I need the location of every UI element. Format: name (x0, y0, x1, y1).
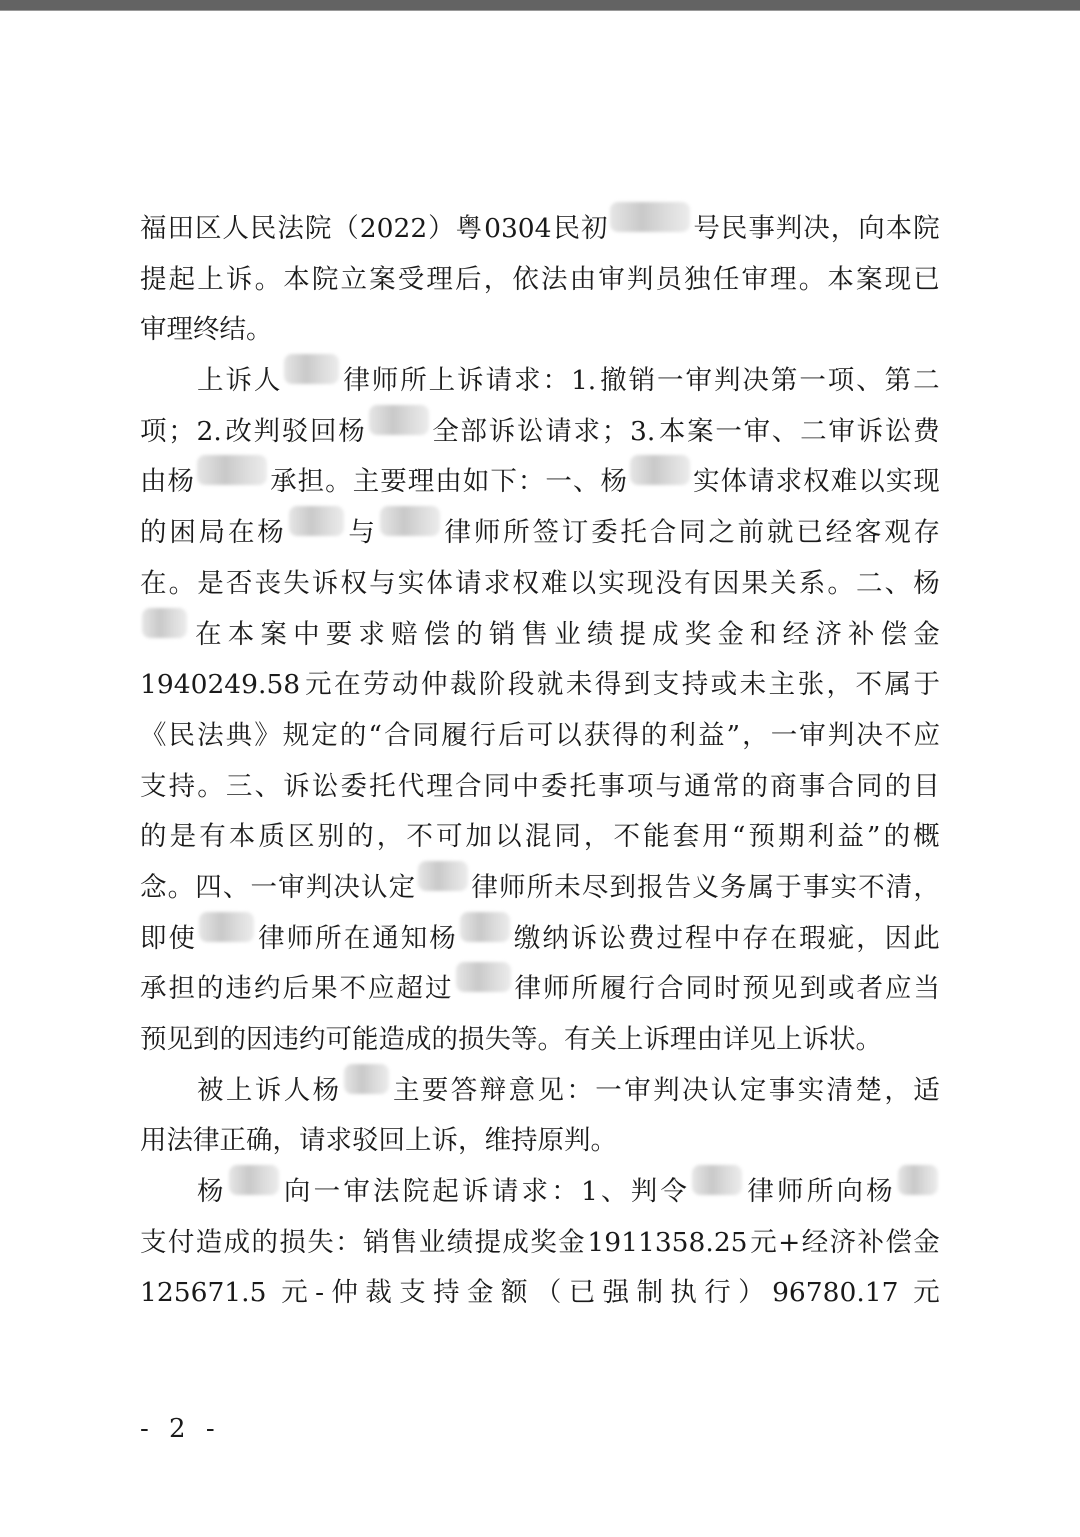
text-segment: 撤 (600, 356, 627, 407)
text-segment: 通 (684, 762, 711, 813)
text-segment: 后 (498, 711, 525, 762)
text-segment: 强 (603, 1268, 630, 1319)
text-segment: 现 (627, 559, 654, 610)
text-segment: 事 (748, 204, 775, 255)
text-segment: 师 (287, 914, 314, 965)
text-segment: 于 (775, 863, 802, 914)
text-segment: 此 (913, 914, 940, 965)
text-segment: 求 (776, 457, 803, 508)
text-segment: 通 (372, 914, 399, 965)
text-segment: 二 (800, 407, 827, 458)
text-segment: 套 (673, 812, 700, 863)
text-segment: ； (168, 407, 195, 458)
text-segment: 理 (426, 762, 453, 813)
text-segment: 经 (783, 610, 810, 661)
text-line: 预见到的因违约可能造成的损失等。有关上诉理由详见上诉状。 (140, 1015, 940, 1066)
text-segment: 应 (368, 964, 395, 1015)
text-segment: 实 (398, 559, 425, 610)
text-segment: + (778, 1218, 800, 1269)
text-segment: 已 (569, 1268, 596, 1319)
text-segment: 辩 (480, 1066, 507, 1117)
text-line: 支付造成的损失：销售业绩提成奖金 1911358.25 元+经济补偿金 (140, 1218, 940, 1269)
text-segment: 益 (698, 711, 725, 762)
text-segment: 实 (798, 1066, 825, 1117)
text-segment: 人 (222, 204, 249, 255)
text-segment: ） (738, 1268, 765, 1319)
text-segment: 求 (358, 610, 385, 661)
text-segment: 0304 (484, 204, 551, 255)
redacted-name (456, 962, 511, 992)
text-segment: 请 (486, 356, 513, 407)
text-segment: 不 (856, 660, 883, 711)
text-segment: 商 (770, 762, 797, 813)
text-segment: 判 (627, 255, 654, 306)
text-segment: 能 (643, 812, 670, 863)
text-segment: 部 (461, 407, 488, 458)
text-segment: 请 (455, 559, 482, 610)
text-segment: 业 (554, 610, 581, 661)
text-segment: 一 (251, 863, 278, 914)
text-segment: 支 (140, 762, 167, 813)
text-segment: 系 (799, 559, 826, 610)
text-segment: 以 (570, 559, 597, 610)
text-segment: 有 (684, 559, 711, 610)
text-segment: 就 (767, 508, 794, 559)
text-segment: 不 (340, 964, 367, 1015)
text-line: 被上诉人杨主要答辩意见：一审判决认定事实清楚，适 (140, 1066, 940, 1117)
redacted-name (460, 912, 510, 942)
text-segment: 济 (830, 1218, 857, 1269)
text-segment: 没 (656, 559, 683, 610)
text-segment: “ (368, 711, 382, 762)
text-segment: 用法律正确，请求驳回上诉，维持原判。 (140, 1116, 617, 1167)
text-segment: 难 (541, 559, 568, 610)
text-segment: 判 (776, 204, 803, 255)
text-segment: 第 (885, 356, 912, 407)
text-segment: 四 (195, 863, 222, 914)
text-segment: 见 (771, 964, 798, 1015)
text-segment: 典 (226, 711, 253, 762)
text-segment: 。 (799, 255, 826, 306)
redacted-name (610, 202, 690, 232)
text-segment: 意 (509, 1066, 536, 1117)
text-segment: 理 (408, 457, 435, 508)
text-segment: 判 (306, 863, 333, 914)
text-segment: 持 (682, 660, 709, 711)
text-segment: 利 (669, 711, 696, 762)
text-segment: 成 (224, 1218, 251, 1269)
text-segment: 同 (484, 762, 511, 813)
text-segment: 委 (541, 762, 568, 813)
text-segment: 者 (857, 964, 884, 1015)
text-segment: 讼 (517, 407, 544, 458)
text-segment: （ (332, 204, 359, 255)
text-segment: 民 (250, 204, 277, 255)
text-segment: 号 (693, 204, 720, 255)
text-segment: 济 (815, 610, 842, 661)
text-segment: 二 (913, 356, 940, 407)
text-segment: 本 (229, 812, 256, 863)
text-segment: 所 (315, 914, 342, 965)
text-segment: 律 (258, 914, 285, 965)
text-segment: 规 (283, 711, 310, 762)
text-segment: 独 (684, 255, 711, 306)
text-segment: 审 (598, 255, 625, 306)
text-segment: 金 (467, 1268, 494, 1319)
text-segment: 客 (855, 508, 882, 559)
text-segment: 96780.17 (772, 1268, 898, 1319)
text-segment: 讼 (312, 762, 339, 813)
text-segment: 一 (545, 457, 572, 508)
text-segment: ： (542, 356, 569, 407)
text-segment: 律 (343, 356, 370, 407)
text-segment: 行 (704, 1268, 731, 1319)
text-segment: 师 (777, 1167, 804, 1218)
text-segment: 诉 (312, 559, 339, 610)
text-segment: 后 (455, 255, 482, 306)
text-segment: 元 (750, 1218, 777, 1269)
text-segment: 请 (748, 457, 775, 508)
text-segment: 托 (620, 508, 647, 559)
text-segment: 审 (343, 1167, 370, 1218)
text-segment: 中 (293, 610, 320, 661)
text-segment: 区 (195, 204, 222, 255)
text-segment: 委 (591, 508, 618, 559)
text-segment: 和 (750, 610, 777, 661)
text-segment: 案 (260, 610, 287, 661)
text-segment: 求 (574, 407, 601, 458)
text-segment: 诉 (571, 914, 598, 965)
text-segment: 目 (913, 762, 940, 813)
text-segment: 2. (197, 407, 222, 458)
text-segment: 本 (886, 204, 913, 255)
text-segment: 主 (393, 1066, 420, 1117)
text-segment: 师 (499, 863, 526, 914)
text-segment: 的 (197, 964, 224, 1015)
text-segment: 同 (686, 964, 713, 1015)
text-segment: 上 (226, 1066, 253, 1117)
text-line: 念。四、一审判决认定律师所未尽到报告义务属于事实不清， (140, 863, 940, 914)
text-segment: 本 (283, 255, 310, 306)
text-segment: 难 (831, 457, 858, 508)
text-segment: （ (535, 1268, 562, 1319)
text-segment: 审 (686, 356, 713, 407)
text-segment: 张 (798, 660, 825, 711)
text-segment: 存 (914, 508, 941, 559)
text-segment: 令 (660, 1167, 687, 1218)
text-segment: 应 (913, 711, 940, 762)
text-segment: 偿 (885, 1218, 912, 1269)
text-segment: 可 (527, 711, 554, 762)
text-segment: 代 (398, 762, 425, 813)
text-segment: 请 (492, 1167, 519, 1218)
document-page: 福田区人民法院（2022）粤 0304 民初号民事判决，向本院提起上诉。本院立案… (140, 204, 940, 1319)
text-segment: 约 (254, 964, 281, 1015)
redacted-name (380, 506, 440, 536)
text-segment: 销 (489, 610, 516, 661)
text-segment: 程 (685, 914, 712, 965)
text-segment: 杨 (913, 559, 940, 610)
text-segment: 一 (715, 407, 742, 458)
text-segment: 纳 (542, 914, 569, 965)
text-segment: 承 (270, 457, 297, 508)
text-segment: 失 (283, 559, 310, 610)
text-segment: 法 (541, 255, 568, 306)
text-segment: 的 (885, 762, 912, 813)
redacted-name (369, 405, 429, 435)
text-segment: 起 (169, 255, 196, 306)
text-segment: 念 (140, 863, 167, 914)
text-segment: ， (377, 812, 404, 863)
text-segment: 依 (512, 255, 539, 306)
text-segment: 任 (713, 255, 740, 306)
text-segment: 金 (717, 610, 744, 661)
text-segment: 售 (391, 1218, 418, 1269)
page-number: - 2 - (140, 1414, 221, 1444)
text-segment: 合 (657, 964, 684, 1015)
text-segment: 果 (311, 964, 338, 1015)
text-segment: 务 (720, 863, 747, 914)
text-segment: 仲 (331, 1268, 358, 1319)
text-segment: 本 (228, 610, 255, 661)
text-segment: 民 (169, 711, 196, 762)
text-segment: 院 (312, 255, 339, 306)
text-segment: 诉 (226, 255, 253, 306)
text-segment: 法 (197, 711, 224, 762)
text-segment: 清 (827, 1066, 854, 1117)
text-segment: 委 (340, 762, 367, 813)
text-segment: ， (584, 812, 611, 863)
text-segment: 与 (369, 559, 396, 610)
text-segment: 奖 (685, 610, 712, 661)
text-segment: 销 (629, 356, 656, 407)
text-segment: 案 (369, 255, 396, 306)
text-segment: 合 (455, 762, 482, 813)
text-segment: ， (831, 204, 858, 255)
text-segment: ， (827, 660, 854, 711)
text-segment: 、 (573, 457, 600, 508)
text-segment: 的 (347, 812, 374, 863)
text-segment: 告 (665, 863, 692, 914)
text-line: 承担的违约后果不应超过律师所履行合同时预见到或者应当 (140, 964, 940, 1015)
text-segment: 由 (435, 457, 462, 508)
text-segment: 所 (527, 863, 554, 914)
text-segment: 到 (624, 660, 651, 711)
text-segment: 律 (445, 508, 472, 559)
text-segment: 决 (803, 204, 830, 255)
text-segment: 。 (169, 559, 196, 610)
text-segment: 人 (254, 356, 281, 407)
text-segment: 律 (515, 964, 542, 1015)
text-segment: 定 (311, 711, 338, 762)
text-segment: 元 (281, 1268, 308, 1319)
text-segment: 常 (713, 762, 740, 813)
text-segment: 院 (403, 1167, 430, 1218)
text-segment: 师 (543, 964, 570, 1015)
text-segment: 提 (140, 255, 167, 306)
text-segment: 到 (800, 964, 827, 1015)
text-segment: 粤 (456, 204, 483, 255)
redacted-name (692, 1165, 742, 1195)
text-segment: 在 (771, 914, 798, 965)
text-segment: 判 (828, 711, 855, 762)
text-segment: “ (732, 812, 746, 863)
redacted-name (197, 455, 267, 485)
text-segment: 律 (747, 1167, 774, 1218)
text-segment: 仲 (421, 660, 448, 711)
text-segment: 偿 (881, 610, 908, 661)
text-segment: 支 (653, 660, 680, 711)
text-segment: 、 (255, 762, 282, 813)
text-segment: 向 (836, 1167, 863, 1218)
text-segment: 可 (436, 812, 463, 863)
text-segment: 见 (537, 1066, 564, 1117)
text-segment: ） (428, 204, 455, 255)
text-segment: 审 (624, 1066, 651, 1117)
text-segment: 要 (380, 457, 407, 508)
text-segment: 因 (713, 559, 740, 610)
text-segment: 以 (495, 812, 522, 863)
text-segment: 杨 (600, 457, 627, 508)
text-segment: 在 (228, 508, 255, 559)
text-segment: 以 (858, 457, 885, 508)
text-segment: 执 (670, 1268, 697, 1319)
text-segment: 审 (741, 255, 768, 306)
text-segment: 所 (503, 508, 530, 559)
text-segment: 审理终结。 (140, 305, 273, 356)
text-segment: 之 (708, 508, 735, 559)
text-segment: 担 (169, 964, 196, 1015)
text-segment: 求 (514, 356, 541, 407)
text-segment: ， (742, 711, 769, 762)
text-segment: 不 (858, 863, 885, 914)
text-line: 在。是否丧失诉权与实体请求权难以实现没有因果关系。二、杨 (140, 559, 940, 610)
text-segment: 现 (885, 255, 912, 306)
text-line: 项；2. 改判驳回杨全部诉讼请求；3. 本案一审、二审诉讼费 (140, 407, 940, 458)
text-segment: 师 (474, 508, 501, 559)
text-segment: 求 (484, 559, 511, 610)
text-segment: 获 (584, 711, 611, 762)
text-segment: 向 (858, 204, 885, 255)
text-segment: 有 (199, 812, 226, 863)
redacted-name (898, 1165, 938, 1195)
text-segment: 诉 (283, 762, 310, 813)
text-segment: 请 (545, 407, 572, 458)
redacted-name (284, 354, 339, 384)
text-segment: 困 (169, 508, 196, 559)
text-segment: 被 (197, 1066, 224, 1117)
text-segment: ： (551, 1167, 578, 1218)
text-segment: 杨 (429, 914, 456, 965)
text-segment: 合 (650, 508, 677, 559)
text-segment: ： (518, 457, 545, 508)
text-segment: 所 (807, 1167, 834, 1218)
text-segment: 、 (223, 863, 250, 914)
text-line: 支持。三、诉讼委托代理合同中委托事项与通常的商事合同的目 (140, 762, 940, 813)
text-segment: 赔 (391, 610, 418, 661)
text-segment: 裁 (365, 1268, 392, 1319)
text-segment: 本 (827, 255, 854, 306)
text-segment: 预 (749, 812, 776, 863)
text-segment: 在 (140, 559, 167, 610)
text-line: 1940249.58 元在劳动仲裁阶段就未得到支持或未主张，不属于 (140, 660, 940, 711)
text-segment: 不 (406, 812, 433, 863)
text-segment: 权 (340, 559, 367, 610)
text-segment: 1911358.25 (587, 1218, 747, 1269)
text-segment: 中 (512, 762, 539, 813)
text-segment: 由 (140, 457, 167, 508)
text-segment: 第 (771, 356, 798, 407)
text-segment: 诉 (255, 1066, 282, 1117)
text-segment: 以 (555, 711, 582, 762)
text-segment: 、 (856, 356, 883, 407)
text-segment: 疵 (828, 914, 855, 965)
text-segment: 理 (426, 255, 453, 306)
text-segment: 讼 (599, 914, 626, 965)
text-segment: 缴 (514, 914, 541, 965)
text-segment: 造 (196, 1218, 223, 1269)
text-segment: 审 (799, 711, 826, 762)
text-segment: 实 (831, 863, 858, 914)
text-segment: 员 (656, 255, 683, 306)
text-segment: 如 (463, 457, 490, 508)
text-segment: 。 (827, 559, 854, 610)
text-segment: 托 (570, 762, 597, 813)
text-segment: 元 (913, 1268, 940, 1319)
text-segment: 本 (659, 407, 686, 458)
text-segment: 区 (288, 812, 315, 863)
text-segment: 杨 (866, 1167, 893, 1218)
viewer-top-divider (0, 10, 1080, 11)
text-segment: 的 (340, 711, 367, 762)
text-segment: 提 (619, 610, 646, 661)
text-segment: 权 (803, 457, 830, 508)
text-segment: 属 (748, 863, 775, 914)
text-segment: ， (856, 914, 883, 965)
text-line: 在本案中要求赔偿的销售业绩提成奖金和经济补偿金 (140, 610, 940, 661)
text-segment: 预见到的因违约可能造成的损失等。有关上诉理由详见上诉状。 (140, 1015, 882, 1066)
text-segment: 起 (432, 1167, 459, 1218)
text-segment: 使 (169, 914, 196, 965)
text-segment: 事 (799, 762, 826, 813)
text-segment: - (315, 1268, 324, 1319)
text-segment: 现 (913, 457, 940, 508)
text-segment: 未 (554, 863, 581, 914)
text-segment: 费 (913, 407, 940, 458)
text-line: 提起上诉。本院立案受理后，依法由审判员独任审理。本案现已 (140, 255, 940, 306)
text-segment: ” (727, 711, 741, 762)
text-segment: 预 (743, 964, 770, 1015)
text-segment: 时 (714, 964, 741, 1015)
text-segment: 或 (711, 660, 738, 711)
text-segment: ： (566, 1066, 593, 1117)
text-segment: 项 (140, 407, 167, 458)
text-segment: ， (913, 863, 940, 914)
text-segment: 托 (369, 762, 396, 813)
text-segment: 事 (598, 762, 625, 813)
text-segment: 的 (456, 610, 483, 661)
text-segment: 、 (772, 407, 799, 458)
text-segment: 到 (610, 863, 637, 914)
text-segment: 费 (628, 914, 655, 965)
text-segment: 审 (828, 407, 855, 458)
text-segment: 成 (652, 610, 679, 661)
text-segment: 判 (653, 1066, 680, 1117)
text-line: 审理终结。 (140, 305, 940, 356)
redacted-name (344, 1064, 389, 1094)
text-segment: 的 (140, 508, 167, 559)
text-segment: 支 (140, 1218, 167, 1269)
